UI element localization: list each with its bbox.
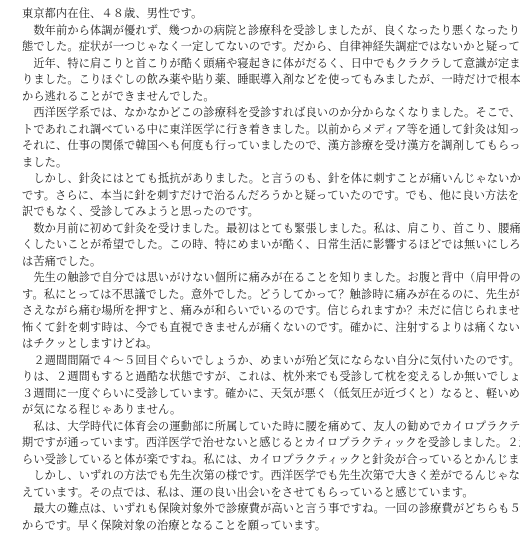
text-line: す。私にとっては不思議でした。意外でした。どうしてかって？触診時に痛みが在るのに… <box>22 287 502 304</box>
text-line: しかし、針灸にはとても抵抗がありました。と言うのも、針を体に刺すことが痛いんじゃ… <box>22 171 502 188</box>
text-line: 西洋医学系では、なかなかどこの診療科を受診すれば良いのか分からなくなりました。そ… <box>22 105 502 122</box>
text-line: りました。こりほぐしの飲み薬や貼り薬、睡眠導入剤などを使ってもみましたが、一時だ… <box>22 72 502 89</box>
text-line: 私は、大学時代に体育会の運動部に所属していた時に腰を痛めて、友人の勧めでカイロプ… <box>22 419 502 436</box>
text-line: 先生の触診で自分では思いがけない個所に痛みが在ることを知りました。お腹と背中（肩… <box>22 270 502 287</box>
text-line: えています。その点では、私は、運の良い出会いをさせてもらっていると感じています。 <box>22 485 502 502</box>
text-line: らい受診していると体が楽ですね。私には、カイロプラクティックと針灸が合っていると… <box>22 452 502 469</box>
text-line: ました。 <box>22 155 502 172</box>
text-line: りは、２週間もすると過酷な状態ですが、これは、枕外来でも受診して枕を変えるしか無… <box>22 369 502 386</box>
text-line: です。さらに、本当に針を刺すだけで治るんだろうかと疑っていたのです。でも、他に良… <box>22 188 502 205</box>
text-line: くしたいことが希望でした。この時、特にめまいが酷く、日常生活に影響するほどでは無… <box>22 237 502 254</box>
text-line: が気になる程じゃありません。 <box>22 402 502 419</box>
text-line: しかし、いずれの方法でも先生次第の様です。西洋医学でも先生次第で大きく差がでるん… <box>22 468 502 485</box>
text-line: 東京都内在住、４８歳、男性です。 <box>22 6 502 23</box>
text-line: から逃れることができませんでした。 <box>22 89 502 106</box>
text-line: 態でした。症状が一つじゃなく一定してないのです。だから、自律神経失調症ではないか… <box>22 39 502 56</box>
text-line: 訳でもなく、受診してみようと思ったのです。 <box>22 204 502 221</box>
text-line: それに、仕事の関係で韓国へも何度も行っていましたので、漢方診療を受け漢方を調剤し… <box>22 138 502 155</box>
text-line: 近年、特に肩こりと首こりが酷く頭痛や寝起きに体がだるく、日中でもクラクラして意識… <box>22 56 502 73</box>
testimonial-document: 東京都内在住、４８歳、男性です。 数年前から体調が優れず、幾つかの病院と診療科を… <box>22 6 502 534</box>
text-line: 期ですが通っています。西洋医学で治せないと感じるとカイロプラクティックを受診しま… <box>22 435 502 452</box>
text-line: 怖くて針を刺す時は、今でも直視できませんが痛くないのです。確かに、注射するよりは… <box>22 320 502 337</box>
text-line: トであれこれ調べている中に東洋医学に行き着きました。以前からメディア等を通して針… <box>22 122 502 139</box>
text-line: からです。早く保険対象の治療となることを願っています。 <box>22 518 502 535</box>
text-line: さえながら痛む場所を押すと、痛みが和らいでいるのです。信じられますか？未だに信じ… <box>22 303 502 320</box>
text-line: 最大の難点は、いずれも保険対象外で診療費が高いと言う事ですね。一回の診療費がどち… <box>22 501 502 518</box>
text-line: ２週間間隔で４～５回目ぐらいでしょうか、めまいが殆ど気にならない自分に気付いたの… <box>22 353 502 370</box>
text-line: は苦痛でした。 <box>22 254 502 271</box>
text-line: はチクッとしますけどね。 <box>22 336 502 353</box>
text-line: 数か月前に初めて針灸を受けました。最初はとても緊張しました。私は、肩こり、首こり… <box>22 221 502 238</box>
text-line: ３週間に一度ぐらいに受診しています。確かに、天気が悪く（低気圧が近づくと）なると… <box>22 386 502 403</box>
text-line: 数年前から体調が優れず、幾つかの病院と診療科を受診しましたが、良くなったり悪くな… <box>22 23 502 40</box>
